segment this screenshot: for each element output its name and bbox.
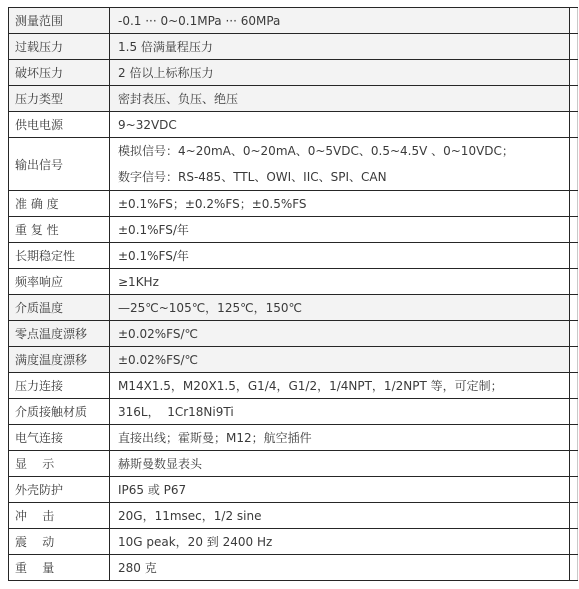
table-right-sliver [570, 451, 578, 476]
specification-table: 测量范围 -0.1 ··· 0~0.1MPa ··· 60MPa 过载压力 1.… [8, 7, 578, 581]
table-row: 介质接触材质 316L， 1Cr18Ni9Ti [8, 399, 578, 425]
spec-value: ±0.1%FS/年 [110, 243, 570, 268]
table-right-sliver [570, 86, 578, 111]
spec-label: 压力连接 [8, 373, 110, 398]
table-right-sliver [570, 138, 578, 190]
table-right-sliver [570, 191, 578, 216]
spec-label: 频率响应 [8, 269, 110, 294]
spec-value-text: IP65 或 P67 [118, 477, 569, 502]
spec-value-text: ±0.1%FS/年 [118, 217, 569, 242]
table-row: 破坏压力 2 倍以上标称压力 [8, 60, 578, 86]
spec-value: 直接出线；霍斯曼；M12；航空插件 [110, 425, 570, 450]
spec-value: -0.1 ··· 0~0.1MPa ··· 60MPa [110, 8, 570, 33]
spec-value-text: 280 克 [118, 555, 569, 580]
table-right-sliver [570, 373, 578, 398]
table-right-sliver [570, 269, 578, 294]
page: 测量范围 -0.1 ··· 0~0.1MPa ··· 60MPa 过载压力 1.… [0, 0, 579, 589]
spec-value-text: M14X1.5，M20X1.5，G1/4，G1/2，1/4NPT，1/2NPT … [118, 373, 569, 398]
spec-label: 重 复 性 [8, 217, 110, 242]
spec-label: 供电电源 [8, 112, 110, 137]
spec-value: 赫斯曼数显表头 [110, 451, 570, 476]
spec-value-text: 2 倍以上标称压力 [118, 60, 569, 85]
spec-value-text: 数字信号：RS-485、TTL、OWI、IIC、SPI、CAN [118, 164, 569, 190]
table-right-sliver [570, 529, 578, 554]
spec-value: —25℃~105℃，125℃，150℃ [110, 295, 570, 320]
spec-value: 9~32VDC [110, 112, 570, 137]
table-row: 频率响应 ≥1KHz [8, 269, 578, 295]
spec-value-text: 模拟信号：4~20mA、0~20mA、0~5VDC、0.5~4.5V 、0~10… [118, 138, 569, 164]
spec-value: 20G，11msec，1/2 sine [110, 503, 570, 528]
spec-label: 零点温度漂移 [8, 321, 110, 346]
table-row: 满度温度漂移 ±0.02%FS/℃ [8, 347, 578, 373]
spec-value-text: -0.1 ··· 0~0.1MPa ··· 60MPa [118, 8, 569, 33]
table-row: 重 复 性 ±0.1%FS/年 [8, 217, 578, 243]
spec-value: 280 克 [110, 555, 570, 580]
spec-label: 压力类型 [8, 86, 110, 111]
spec-value: ±0.02%FS/℃ [110, 321, 570, 346]
spec-label: 破坏压力 [8, 60, 110, 85]
table-row: 过载压力 1.5 倍满量程压力 [8, 34, 578, 60]
spec-label: 介质温度 [8, 295, 110, 320]
spec-value: 模拟信号：4~20mA、0~20mA、0~5VDC、0.5~4.5V 、0~10… [110, 138, 570, 190]
table-right-sliver [570, 217, 578, 242]
spec-label: 外壳防护 [8, 477, 110, 502]
table-right-sliver [570, 112, 578, 137]
table-right-sliver [570, 399, 578, 424]
spec-value: 10G peak，20 到 2400 Hz [110, 529, 570, 554]
table-row: 外壳防护 IP65 或 P67 [8, 477, 578, 503]
spec-value-text: 20G，11msec，1/2 sine [118, 503, 569, 528]
spec-value: 316L， 1Cr18Ni9Ti [110, 399, 570, 424]
spec-label: 介质接触材质 [8, 399, 110, 424]
table-row: 电气连接 直接出线；霍斯曼；M12；航空插件 [8, 425, 578, 451]
table-right-sliver [570, 347, 578, 372]
table-right-sliver [570, 477, 578, 502]
spec-value-text: ±0.02%FS/℃ [118, 347, 569, 372]
spec-value: 1.5 倍满量程压力 [110, 34, 570, 59]
spec-value: ≥1KHz [110, 269, 570, 294]
table-row: 测量范围 -0.1 ··· 0~0.1MPa ··· 60MPa [8, 8, 578, 34]
table-row: 介质温度 —25℃~105℃，125℃，150℃ [8, 295, 578, 321]
table-row: 零点温度漂移 ±0.02%FS/℃ [8, 321, 578, 347]
spec-value: M14X1.5，M20X1.5，G1/4，G1/2，1/4NPT，1/2NPT … [110, 373, 570, 398]
spec-value: IP65 或 P67 [110, 477, 570, 502]
table-right-sliver [570, 60, 578, 85]
table-row: 长期稳定性 ±0.1%FS/年 [8, 243, 578, 269]
table-right-sliver [570, 555, 578, 580]
spec-label: 准 确 度 [8, 191, 110, 216]
spec-label: 过载压力 [8, 34, 110, 59]
table-right-sliver [570, 425, 578, 450]
spec-value-text: 密封表压、负压、绝压 [118, 86, 569, 111]
spec-value: ±0.02%FS/℃ [110, 347, 570, 372]
table-row: 压力连接 M14X1.5，M20X1.5，G1/4，G1/2，1/4NPT，1/… [8, 373, 578, 399]
table-row: 供电电源 9~32VDC [8, 112, 578, 138]
table-row: 震 动 10G peak，20 到 2400 Hz [8, 529, 578, 555]
table-row: 输出信号 模拟信号：4~20mA、0~20mA、0~5VDC、0.5~4.5V … [8, 138, 578, 191]
spec-value: ±0.1%FS/年 [110, 217, 570, 242]
table-right-sliver [570, 321, 578, 346]
spec-label: 显 示 [8, 451, 110, 476]
spec-value-text: 赫斯曼数显表头 [118, 451, 569, 476]
spec-value: 密封表压、负压、绝压 [110, 86, 570, 111]
spec-value-text: 10G peak，20 到 2400 Hz [118, 529, 569, 554]
table-row: 冲 击 20G，11msec，1/2 sine [8, 503, 578, 529]
table-row: 重 量 280 克 [8, 555, 578, 581]
spec-value-text: 1.5 倍满量程压力 [118, 34, 569, 59]
spec-value-text: ±0.02%FS/℃ [118, 321, 569, 346]
spec-label: 冲 击 [8, 503, 110, 528]
table-row: 准 确 度 ±0.1%FS；±0.2%FS；±0.5%FS [8, 191, 578, 217]
table-right-sliver [570, 243, 578, 268]
table-row: 显 示 赫斯曼数显表头 [8, 451, 578, 477]
spec-value-text: ±0.1%FS；±0.2%FS；±0.5%FS [118, 191, 569, 216]
table-right-sliver [570, 8, 578, 33]
table-right-sliver [570, 503, 578, 528]
table-right-sliver [570, 34, 578, 59]
spec-label: 输出信号 [8, 138, 110, 190]
spec-label: 重 量 [8, 555, 110, 580]
spec-value: 2 倍以上标称压力 [110, 60, 570, 85]
spec-label: 震 动 [8, 529, 110, 554]
spec-value-text: 直接出线；霍斯曼；M12；航空插件 [118, 425, 569, 450]
spec-label: 满度温度漂移 [8, 347, 110, 372]
spec-value-text: 9~32VDC [118, 112, 569, 137]
spec-label: 长期稳定性 [8, 243, 110, 268]
spec-value: ±0.1%FS；±0.2%FS；±0.5%FS [110, 191, 570, 216]
spec-label: 测量范围 [8, 8, 110, 33]
spec-value-text: ≥1KHz [118, 269, 569, 294]
spec-label: 电气连接 [8, 425, 110, 450]
table-row: 压力类型 密封表压、负压、绝压 [8, 86, 578, 112]
table-right-sliver [570, 295, 578, 320]
spec-value-text: 316L， 1Cr18Ni9Ti [118, 399, 569, 424]
spec-value-text: —25℃~105℃，125℃，150℃ [118, 295, 569, 320]
spec-value-text: ±0.1%FS/年 [118, 243, 569, 268]
